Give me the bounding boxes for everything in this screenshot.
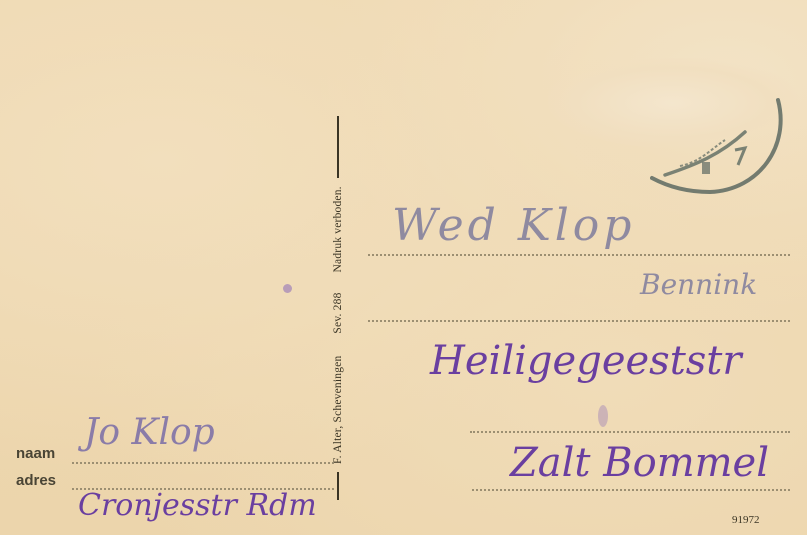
divider-line: F. Alter, Scheveningen Sev. 288 Nadruk v…: [332, 116, 344, 500]
postmark-icon: [650, 70, 785, 195]
recipient-name-cont: Bennink: [640, 268, 757, 301]
recipient-name: Wed Klop: [392, 200, 635, 251]
recipient-city: Zalt Bommel: [510, 440, 769, 486]
sender-name: Jo Klop: [84, 412, 215, 453]
postcard: F. Alter, Scheveningen Sev. 288 Nadruk v…: [0, 0, 807, 535]
ink-blot: [283, 284, 292, 293]
recipient-line-4: [472, 489, 790, 491]
recipient-street: Heiligegeeststr: [430, 338, 741, 384]
divider-rule-left: [337, 472, 339, 500]
divider-rule-right: [337, 116, 339, 178]
name-dotted-line: [72, 462, 334, 464]
name-label: naam: [16, 445, 55, 462]
address-label: adres: [16, 472, 56, 489]
sender-address: Cronjesstr Rdm: [78, 488, 317, 523]
series-text: Sev. 288: [332, 292, 344, 333]
recipient-line-2: [368, 320, 790, 322]
reprint-notice: Nadruk verboden.: [332, 186, 344, 272]
recipient-line-1: [368, 254, 790, 256]
serial-number: 91972: [732, 514, 760, 526]
publisher-text: F. Alter, Scheveningen: [332, 356, 344, 464]
recipient-line-3: [470, 431, 790, 433]
ink-smudge: [598, 405, 608, 427]
